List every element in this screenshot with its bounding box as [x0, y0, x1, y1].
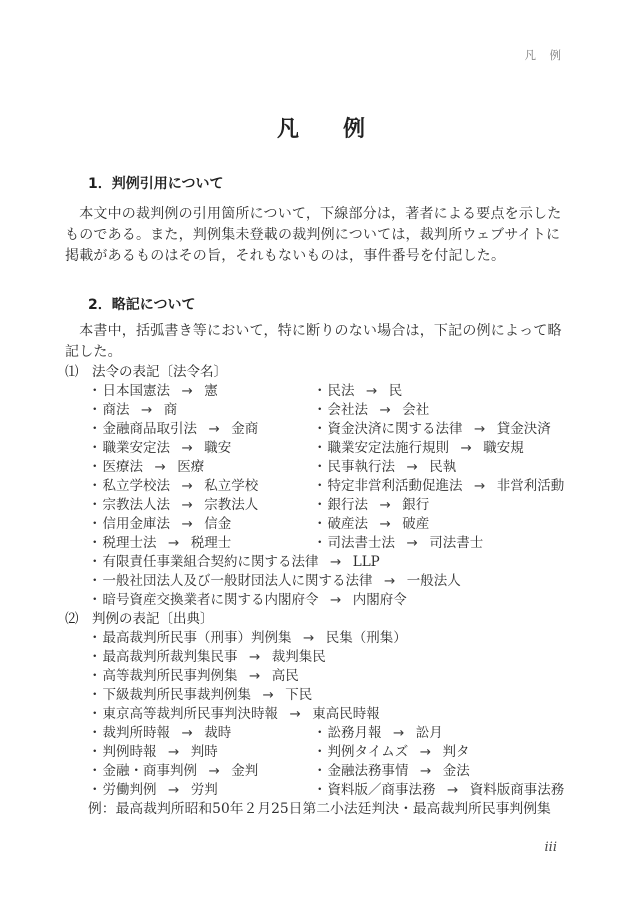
abbr-from: 最高裁判所裁判集民事 [103, 649, 238, 665]
arrow-icon: → [168, 535, 179, 551]
abbr-from: 破産法 [328, 516, 369, 532]
bullet-icon: ・ [88, 573, 102, 589]
bullet-icon: ・ [313, 782, 327, 798]
bullet-icon: ・ [88, 421, 102, 437]
abbr-to: 貸金決済 [497, 421, 551, 437]
abbr-from: 司法書士法 [328, 535, 396, 551]
arrow-icon: → [474, 478, 485, 494]
bullet-icon: ・ [88, 706, 102, 722]
bullet-icon: ・ [88, 516, 102, 532]
bullet-icon: ・ [313, 725, 327, 741]
abbr-row: ・宗教法人法→宗教法人・銀行法→銀行 [88, 496, 585, 515]
bullet-icon: ・ [88, 668, 102, 684]
abbr-to: 破産 [402, 516, 429, 532]
section2-paragraph: 本書中，括弧書き等において，特に断りのない場合は，下記の例によって略記した。 [65, 321, 585, 363]
abbr-row: ・労働判例→労判・資料版／商事法務→資料版商事法務 [88, 781, 585, 800]
abbr-item: ・高等裁判所民事判例集→高民 [88, 667, 585, 686]
abbr-row: ・金融・商事判例→金判・金融法務事情→金法 [88, 762, 585, 781]
abbr-to: 非営利活動 [497, 478, 565, 494]
abbr-item: ・資金決済に関する法律→貸金決済 [313, 420, 551, 439]
bullet-icon: ・ [313, 763, 327, 779]
law-abbr-full-list: ・有限責任事業組合契約に関する法律→LLP・一般社団法人及び一般財団法人に関する… [65, 553, 585, 610]
abbr-from: 裁判所時報 [103, 725, 171, 741]
abbr-from: 医療法 [103, 459, 144, 475]
abbr-item: ・最高裁判所裁判集民事→裁判集民 [88, 648, 585, 667]
abbr-item: ・金融商品取引法→金商 [88, 420, 313, 439]
arrow-icon: → [181, 478, 192, 494]
abbr-to: 金商 [231, 421, 258, 437]
case-abbr-two-col-list: ・裁判所時報→裁時・訟務月報→訟月・判例時報→判時・判例タイムズ→判タ・金融・商… [65, 724, 585, 800]
subsection-law-label: ⑴ 法令の表記〔法令名〕 [65, 363, 585, 382]
arrow-icon: → [379, 402, 390, 418]
abbr-to: 一般法人 [407, 573, 461, 589]
abbr-to: 税理士 [191, 535, 232, 551]
abbr-to: 金法 [443, 763, 470, 779]
abbr-item: ・金融法務事情→金法 [313, 762, 470, 781]
bullet-icon: ・ [313, 497, 327, 513]
abbr-item: ・信用金庫法→信金 [88, 515, 313, 534]
abbr-row: ・職業安定法→職安・職業安定法施行規則→職安規 [88, 439, 585, 458]
abbr-item: ・資料版／商事法務→資料版商事法務 [313, 781, 564, 800]
bullet-icon: ・ [88, 687, 102, 703]
arrow-icon: → [154, 459, 165, 475]
abbr-to: 医療 [177, 459, 204, 475]
abbr-item: ・下級裁判所民事裁判例集→下民 [88, 686, 585, 705]
bullet-icon: ・ [88, 744, 102, 760]
abbr-from: 民事執行法 [328, 459, 396, 475]
bullet-icon: ・ [88, 725, 102, 741]
arrow-icon: → [181, 725, 192, 741]
abbr-row: ・私立学校法→私立学校・特定非営利活動促進法→非営利活動 [88, 477, 585, 496]
abbr-item: ・最高裁判所民事（刑事）判例集→民集（刑集） [88, 629, 585, 648]
text-line: 掲載があるものはその旨，それもないものは，事件番号を付記した。 [65, 246, 585, 267]
abbr-item: ・職業安定法→職安 [88, 439, 313, 458]
abbr-to: 訟月 [416, 725, 443, 741]
abbr-from: 私立学校法 [103, 478, 171, 494]
abbr-to: 職安 [204, 440, 231, 456]
bullet-icon: ・ [88, 383, 102, 399]
abbr-from: 有限責任事業組合契約に関する法律 [103, 554, 319, 570]
abbr-from: 資金決済に関する法律 [328, 421, 463, 437]
abbr-from: 日本国憲法 [103, 383, 171, 399]
abbr-from: 金融法務事情 [328, 763, 409, 779]
abbr-from: 金融商品取引法 [103, 421, 198, 437]
text-line: 本書中，括弧書き等において，特に断りのない場合は，下記の例によって略 [65, 321, 585, 342]
abbr-item: ・銀行法→銀行 [313, 496, 429, 515]
bullet-icon: ・ [313, 516, 327, 532]
abbr-item: ・司法書士法→司法書士 [313, 534, 483, 553]
abbr-from: 暗号資産交換業者に関する内閣府令 [103, 592, 319, 608]
abbr-from: 資料版／商事法務 [328, 782, 436, 798]
bullet-icon: ・ [313, 535, 327, 551]
abbr-row: ・判例時報→判時・判例タイムズ→判タ [88, 743, 585, 762]
abbr-row: ・金融商品取引法→金商・資金決済に関する法律→貸金決済 [88, 420, 585, 439]
arrow-icon: → [406, 535, 417, 551]
abbr-to: 判タ [442, 744, 469, 760]
case-abbr-full-list: ・最高裁判所民事（刑事）判例集→民集（刑集）・最高裁判所裁判集民事→裁判集民・高… [65, 629, 585, 724]
abbr-item: ・裁判所時報→裁時 [88, 724, 313, 743]
book-page: 凡 例 凡 例 1．判例引用について 本文中の裁判例の引用箇所について，下線部分… [0, 0, 642, 900]
abbr-item: ・金融・商事判例→金判 [88, 762, 313, 781]
abbr-item: ・商法→商 [88, 401, 313, 420]
arrow-icon: → [460, 440, 471, 456]
bullet-icon: ・ [88, 782, 102, 798]
section1-paragraph: 本文中の裁判例の引用箇所について，下線部分は，著者による要点を示したものである。… [65, 204, 585, 267]
abbr-to: 司法書士 [429, 535, 483, 551]
abbr-to: 職安規 [483, 440, 524, 456]
abbr-from: 金融・商事判例 [103, 763, 198, 779]
abbr-from: 宗教法人法 [103, 497, 171, 513]
arrow-icon: → [168, 744, 179, 760]
abbr-item: ・有限責任事業組合契約に関する法律→LLP [88, 553, 585, 572]
arrow-icon: → [393, 725, 404, 741]
abbr-to: 金判 [231, 763, 258, 779]
abbr-from: 信用金庫法 [103, 516, 171, 532]
bullet-icon: ・ [313, 440, 327, 456]
abbr-item: ・税理士法→税理士 [88, 534, 313, 553]
abbr-from: 判例タイムズ [328, 744, 409, 760]
abbr-row: ・医療法→医療・民事執行法→民執 [88, 458, 585, 477]
arrow-icon: → [208, 763, 219, 779]
abbr-item: ・職業安定法施行規則→職安規 [313, 439, 524, 458]
abbr-item: ・判例時報→判時 [88, 743, 313, 762]
abbr-row: ・商法→商・会社法→会社 [88, 401, 585, 420]
bullet-icon: ・ [88, 763, 102, 779]
abbr-item: ・一般社団法人及び一般財団法人に関する法律→一般法人 [88, 572, 585, 591]
arrow-icon: → [330, 592, 341, 608]
citation-example: 例：最高裁判所昭和50年２月25日第二小法廷判決・最高裁判所民事判例集 [65, 800, 585, 819]
abbr-row: ・日本国憲法→憲・民法→民 [88, 382, 585, 401]
abbr-to: 憲 [204, 383, 218, 399]
bullet-icon: ・ [88, 459, 102, 475]
abbr-item: ・日本国憲法→憲 [88, 382, 313, 401]
abbr-from: 東京高等裁判所民事判決時報 [103, 706, 279, 722]
abbr-from: 労働判例 [103, 782, 157, 798]
bullet-icon: ・ [313, 478, 327, 494]
arrow-icon: → [384, 573, 395, 589]
bullet-icon: ・ [313, 383, 327, 399]
arrow-icon: → [366, 383, 377, 399]
bullet-icon: ・ [313, 744, 327, 760]
arrow-icon: → [474, 421, 485, 437]
arrow-icon: → [181, 516, 192, 532]
abbr-to: 内閣府令 [353, 592, 407, 608]
section1-heading: 1．判例引用について [65, 174, 585, 194]
bullet-icon: ・ [88, 478, 102, 494]
abbr-item: ・私立学校法→私立学校 [88, 477, 313, 496]
abbr-from: 一般社団法人及び一般財団法人に関する法律 [103, 573, 373, 589]
bullet-icon: ・ [88, 402, 102, 418]
abbr-from: 職業安定法施行規則 [328, 440, 450, 456]
running-header: 凡 例 [525, 47, 563, 63]
abbr-from: 会社法 [328, 402, 369, 418]
abbr-from: 下級裁判所民事裁判例集 [103, 687, 252, 703]
arrow-icon: → [181, 440, 192, 456]
abbr-to: 商 [164, 402, 178, 418]
text-line: ものである。また，判例集未登載の裁判例については，裁判所ウェブサイトに [65, 225, 585, 246]
abbr-to: 宗教法人 [204, 497, 258, 513]
abbr-from: 税理士法 [103, 535, 157, 551]
abbr-to: 高民 [272, 668, 299, 684]
arrow-icon: → [141, 402, 152, 418]
abbr-item: ・東京高等裁判所民事判決時報→東高民時報 [88, 705, 585, 724]
bullet-icon: ・ [313, 421, 327, 437]
abbr-to: 民執 [429, 459, 456, 475]
arrow-icon: → [420, 744, 431, 760]
arrow-icon: → [303, 630, 314, 646]
bullet-icon: ・ [88, 440, 102, 456]
abbr-to: 資料版商事法務 [470, 782, 565, 798]
abbr-row: ・裁判所時報→裁時・訟務月報→訟月 [88, 724, 585, 743]
abbr-to: 私立学校 [204, 478, 258, 494]
arrow-icon: → [289, 706, 300, 722]
abbr-item: ・破産法→破産 [313, 515, 429, 534]
abbr-to: 銀行 [402, 497, 429, 513]
arrow-icon: → [447, 782, 458, 798]
arrow-icon: → [249, 649, 260, 665]
abbr-item: ・宗教法人法→宗教法人 [88, 496, 313, 515]
abbr-item: ・会社法→会社 [313, 401, 429, 420]
abbr-from: 商法 [103, 402, 130, 418]
abbr-to: 労判 [191, 782, 218, 798]
abbr-item: ・医療法→医療 [88, 458, 313, 477]
bullet-icon: ・ [88, 535, 102, 551]
bullet-icon: ・ [88, 649, 102, 665]
abbr-from: 特定非営利活動促進法 [328, 478, 463, 494]
bullet-icon: ・ [88, 630, 102, 646]
abbr-from: 判例時報 [103, 744, 157, 760]
abbr-item: ・民事執行法→民執 [313, 458, 456, 477]
abbr-item: ・労働判例→労判 [88, 781, 313, 800]
abbr-to: 民 [389, 383, 403, 399]
text-line: 本文中の裁判例の引用箇所について，下線部分は，著者による要点を示した [65, 204, 585, 225]
bullet-icon: ・ [313, 459, 327, 475]
abbr-to: LLP [353, 554, 380, 570]
arrow-icon: → [262, 687, 273, 703]
bullet-icon: ・ [88, 554, 102, 570]
abbr-item: ・判例タイムズ→判タ [313, 743, 469, 762]
arrow-icon: → [330, 554, 341, 570]
arrow-icon: → [168, 782, 179, 798]
abbr-from: 高等裁判所民事判例集 [103, 668, 238, 684]
page-content: 1．判例引用について 本文中の裁判例の引用箇所について，下線部分は，著者による要… [65, 170, 585, 819]
abbr-row: ・信用金庫法→信金・破産法→破産 [88, 515, 585, 534]
page-number: iii [545, 840, 557, 855]
abbr-item: ・特定非営利活動促進法→非営利活動 [313, 477, 564, 496]
abbr-to: 裁時 [204, 725, 231, 741]
abbr-to: 判時 [191, 744, 218, 760]
page-title: 凡 例 [0, 112, 642, 143]
arrow-icon: → [379, 516, 390, 532]
arrow-icon: → [208, 421, 219, 437]
abbr-item: ・訟務月報→訟月 [313, 724, 443, 743]
bullet-icon: ・ [88, 497, 102, 513]
abbr-from: 民法 [328, 383, 355, 399]
arrow-icon: → [379, 497, 390, 513]
abbr-to: 下民 [285, 687, 312, 703]
arrow-icon: → [249, 668, 260, 684]
abbr-to: 会社 [402, 402, 429, 418]
abbr-to: 民集（刑集） [326, 630, 407, 646]
abbr-row: ・税理士法→税理士・司法書士法→司法書士 [88, 534, 585, 553]
abbr-from: 訟務月報 [328, 725, 382, 741]
text-line: 記した。 [65, 342, 585, 363]
bullet-icon: ・ [88, 592, 102, 608]
section2-heading: 2．略記について [65, 295, 585, 315]
abbr-to: 東高民時報 [312, 706, 380, 722]
abbr-item: ・暗号資産交換業者に関する内閣府令→内閣府令 [88, 591, 585, 610]
bullet-icon: ・ [313, 402, 327, 418]
subsection-cases-label: ⑵ 判例の表記〔出典〕 [65, 610, 585, 629]
abbr-from: 職業安定法 [103, 440, 171, 456]
law-abbr-two-col-list: ・日本国憲法→憲・民法→民・商法→商・会社法→会社・金融商品取引法→金商・資金決… [65, 382, 585, 553]
arrow-icon: → [181, 497, 192, 513]
abbr-to: 裁判集民 [272, 649, 326, 665]
abbr-from: 銀行法 [328, 497, 369, 513]
arrow-icon: → [181, 383, 192, 399]
abbr-item: ・民法→民 [313, 382, 402, 401]
arrow-icon: → [420, 763, 431, 779]
abbr-from: 最高裁判所民事（刑事）判例集 [103, 630, 292, 646]
abbr-to: 信金 [204, 516, 231, 532]
arrow-icon: → [406, 459, 417, 475]
